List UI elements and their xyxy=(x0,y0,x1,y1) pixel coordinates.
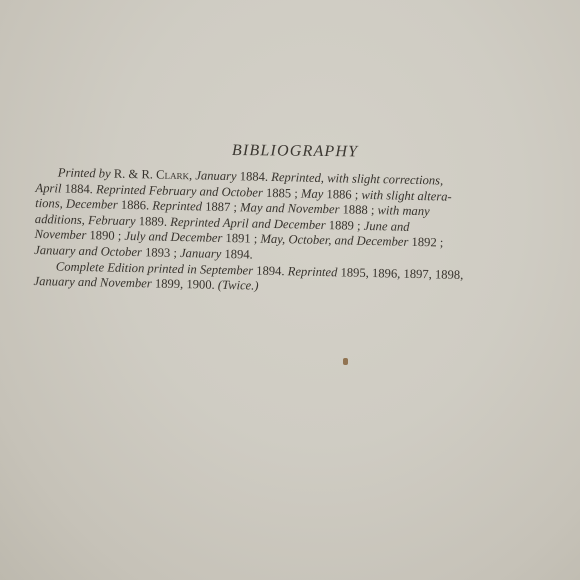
text-run: additions, February xyxy=(35,212,139,228)
text-run: 1895, 1896, 1897, 1898, xyxy=(340,265,463,282)
book-page: BIBLIOGRAPHY Printed by R. & R. Clark, J… xyxy=(0,0,580,580)
text-run: Clark xyxy=(156,168,189,183)
text-run: Reprinted, with slight corrections, xyxy=(271,170,443,188)
page-heading: BIBLIOGRAPHY xyxy=(232,142,359,161)
text-run: 1889. xyxy=(139,214,171,229)
bibliography-text: Printed by R. & R. Clark, January 1884. … xyxy=(33,165,555,301)
text-run: 1889 ; xyxy=(329,218,364,233)
text-run: May, October, and December xyxy=(260,232,411,249)
text-run: with slight altera- xyxy=(361,187,452,203)
text-run: Printed by xyxy=(58,165,114,180)
text-run: 1899, 1900. xyxy=(155,277,218,292)
text-run: January and November xyxy=(33,274,155,291)
text-run: with many xyxy=(377,203,429,218)
text-run: R. & R. xyxy=(114,167,157,182)
text-run: April xyxy=(35,181,64,196)
text-run: Reprinted xyxy=(288,264,341,279)
text-run: January and October xyxy=(34,243,145,259)
text-run: (Twice.) xyxy=(218,278,259,293)
text-run: Reprinted xyxy=(152,199,205,214)
text-run: 1884. xyxy=(64,181,96,196)
paragraph-printing-history: Printed by R. & R. Clark, January 1884. … xyxy=(34,165,556,269)
text-run: 1893 ; xyxy=(145,245,180,260)
text-run: May and November xyxy=(240,200,343,216)
text-run: 1888 ; xyxy=(342,203,377,218)
text-run: 1884. xyxy=(240,169,272,184)
text-run: tions, December xyxy=(35,196,121,212)
text-run: Reprinted February and October xyxy=(96,182,266,200)
text-run: 1886. xyxy=(121,198,153,213)
text-run: 1887 ; xyxy=(205,200,240,215)
text-run: 1891 ; xyxy=(225,231,260,246)
text-run: 1885 ; xyxy=(266,185,301,200)
text-run: June and xyxy=(364,219,410,234)
text-run: 1890 ; xyxy=(89,229,124,244)
text-run: 1894. xyxy=(224,247,253,262)
text-run: 1894. xyxy=(256,263,288,278)
text-run: Reprinted April and December xyxy=(170,215,329,232)
text-run: 1886 ; xyxy=(326,187,361,202)
text-run: July and December xyxy=(124,229,225,245)
text-run: 1892 ; xyxy=(411,235,443,250)
text-run: May xyxy=(301,186,327,201)
paper-stain xyxy=(343,358,348,365)
text-run: January xyxy=(180,246,225,261)
text-run: January xyxy=(195,168,240,183)
text-run: November xyxy=(34,227,89,242)
